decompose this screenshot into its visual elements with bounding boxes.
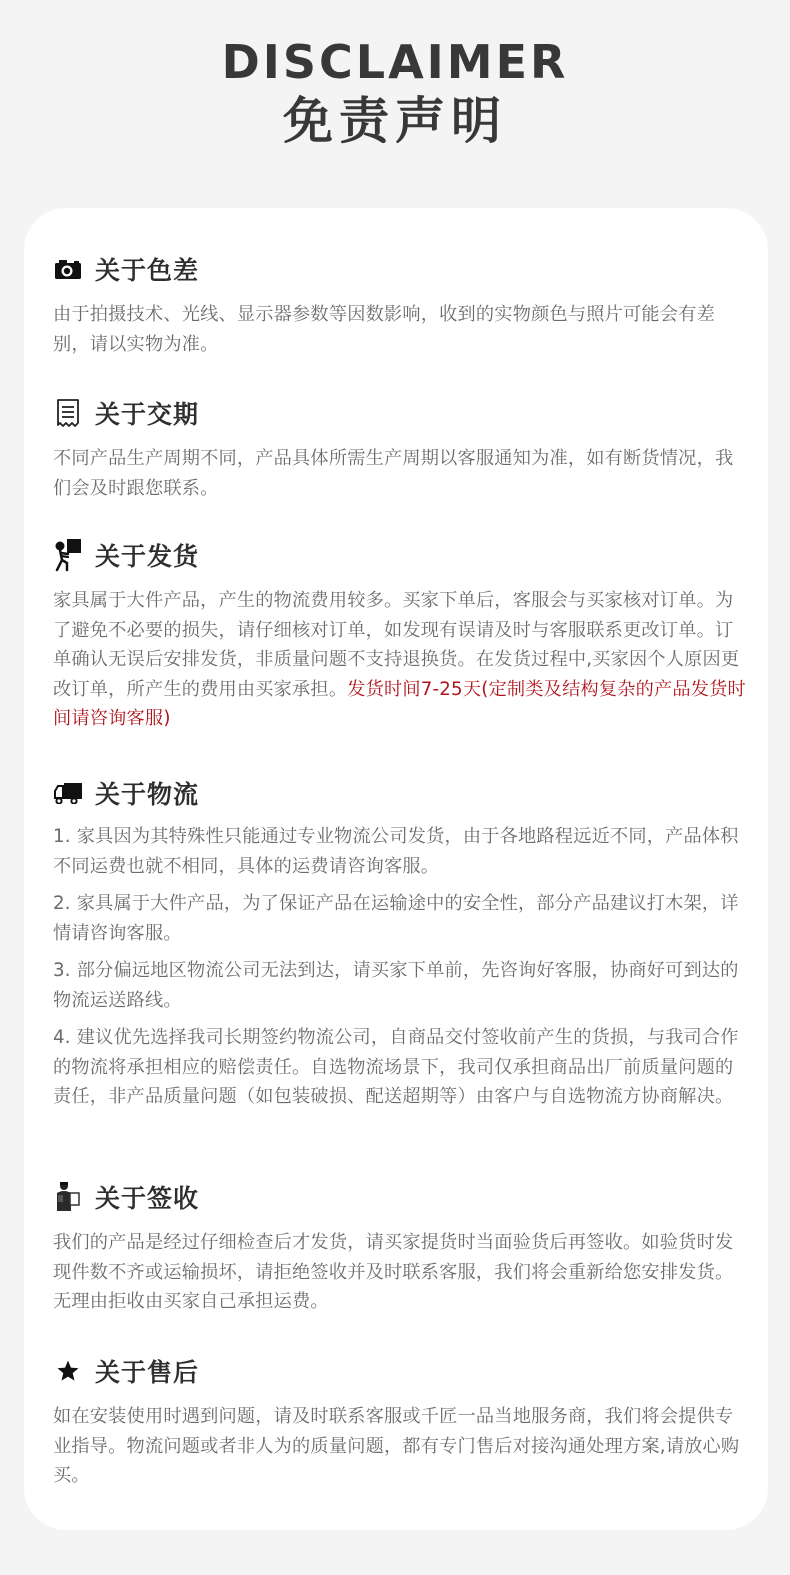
courier-icon	[53, 1182, 83, 1212]
logistics-list: 1. 家具因为其特殊性只能通过专业物流公司发货，由于各地路程远近不同，产品体积不…	[53, 822, 747, 1112]
list-item: 1. 家具因为其特殊性只能通过专业物流公司发货，由于各地路程远近不同，产品体积不…	[53, 822, 747, 881]
section-title: 关于物流	[95, 775, 199, 811]
section-lead-time: 关于交期 不同产品生产周期不同，产品具体所需生产周期以客服通知为准，如有断货情况…	[53, 396, 747, 503]
truck-icon	[53, 778, 83, 808]
section-color-difference: 关于色差 由于拍摄技术、光线、显示器参数等因数影响，收到的实物颜色与照片可能会有…	[53, 252, 747, 359]
section-logistics: 关于物流 1. 家具因为其特殊性只能通过专业物流公司发货，由于各地路程远近不同，…	[53, 776, 747, 1112]
list-item: 3. 部分偏远地区物流公司无法到达，请买家下单前，先咨询好客服，协商好可到达的物…	[53, 956, 747, 1015]
section-title: 关于交期	[95, 395, 199, 431]
section-heading: 关于签收	[53, 1180, 747, 1214]
section-body: 家具属于大件产品，产生的物流费用较多。买家下单后，客服会与买家核对订单。为了避免…	[53, 586, 747, 734]
section-heading: 关于发货	[53, 538, 747, 572]
section-body: 我们的产品是经过仔细检查后才发货，请买家提货时当面验货后再签收。如验货时发现件数…	[53, 1228, 747, 1317]
section-heading: 关于售后	[53, 1354, 747, 1388]
list-item: 4. 建议优先选择我司长期签约物流公司，自商品交付签收前产生的货损，与我司合作的…	[53, 1023, 747, 1112]
title-english: DISCLAIMER	[0, 34, 790, 90]
section-heading: 关于色差	[53, 252, 747, 286]
section-heading: 关于交期	[53, 396, 747, 430]
page-header: DISCLAIMER 免责声明	[0, 34, 790, 152]
section-sign-for: 关于签收 我们的产品是经过仔细检查后才发货，请买家提货时当面验货后再签收。如验货…	[53, 1180, 747, 1317]
star-icon	[53, 1356, 83, 1386]
delivery-person-icon	[53, 540, 83, 570]
section-heading: 关于物流	[53, 776, 747, 810]
section-title: 关于发货	[95, 537, 199, 573]
receipt-icon	[53, 398, 83, 428]
camera-icon	[53, 254, 83, 284]
section-title: 关于签收	[95, 1179, 199, 1215]
title-chinese: 免责声明	[0, 90, 790, 152]
section-title: 关于色差	[95, 251, 199, 287]
section-title: 关于售后	[95, 1353, 199, 1389]
section-after-sales: 关于售后 如在安装使用时遇到问题，请及时联系客服或千匠一品当地服务商，我们将会提…	[53, 1354, 747, 1491]
disclaimer-card: 关于色差 由于拍摄技术、光线、显示器参数等因数影响，收到的实物颜色与照片可能会有…	[24, 208, 768, 1530]
section-shipping: 关于发货 家具属于大件产品，产生的物流费用较多。买家下单后，客服会与买家核对订单…	[53, 538, 747, 734]
section-body: 由于拍摄技术、光线、显示器参数等因数影响，收到的实物颜色与照片可能会有差别，请以…	[53, 300, 747, 359]
section-body: 如在安装使用时遇到问题，请及时联系客服或千匠一品当地服务商，我们将会提供专业指导…	[53, 1402, 747, 1491]
section-body: 不同产品生产周期不同，产品具体所需生产周期以客服通知为准，如有断货情况，我们会及…	[53, 444, 747, 503]
list-item: 2. 家具属于大件产品，为了保证产品在运输途中的安全性，部分产品建议打木架，详情…	[53, 889, 747, 948]
